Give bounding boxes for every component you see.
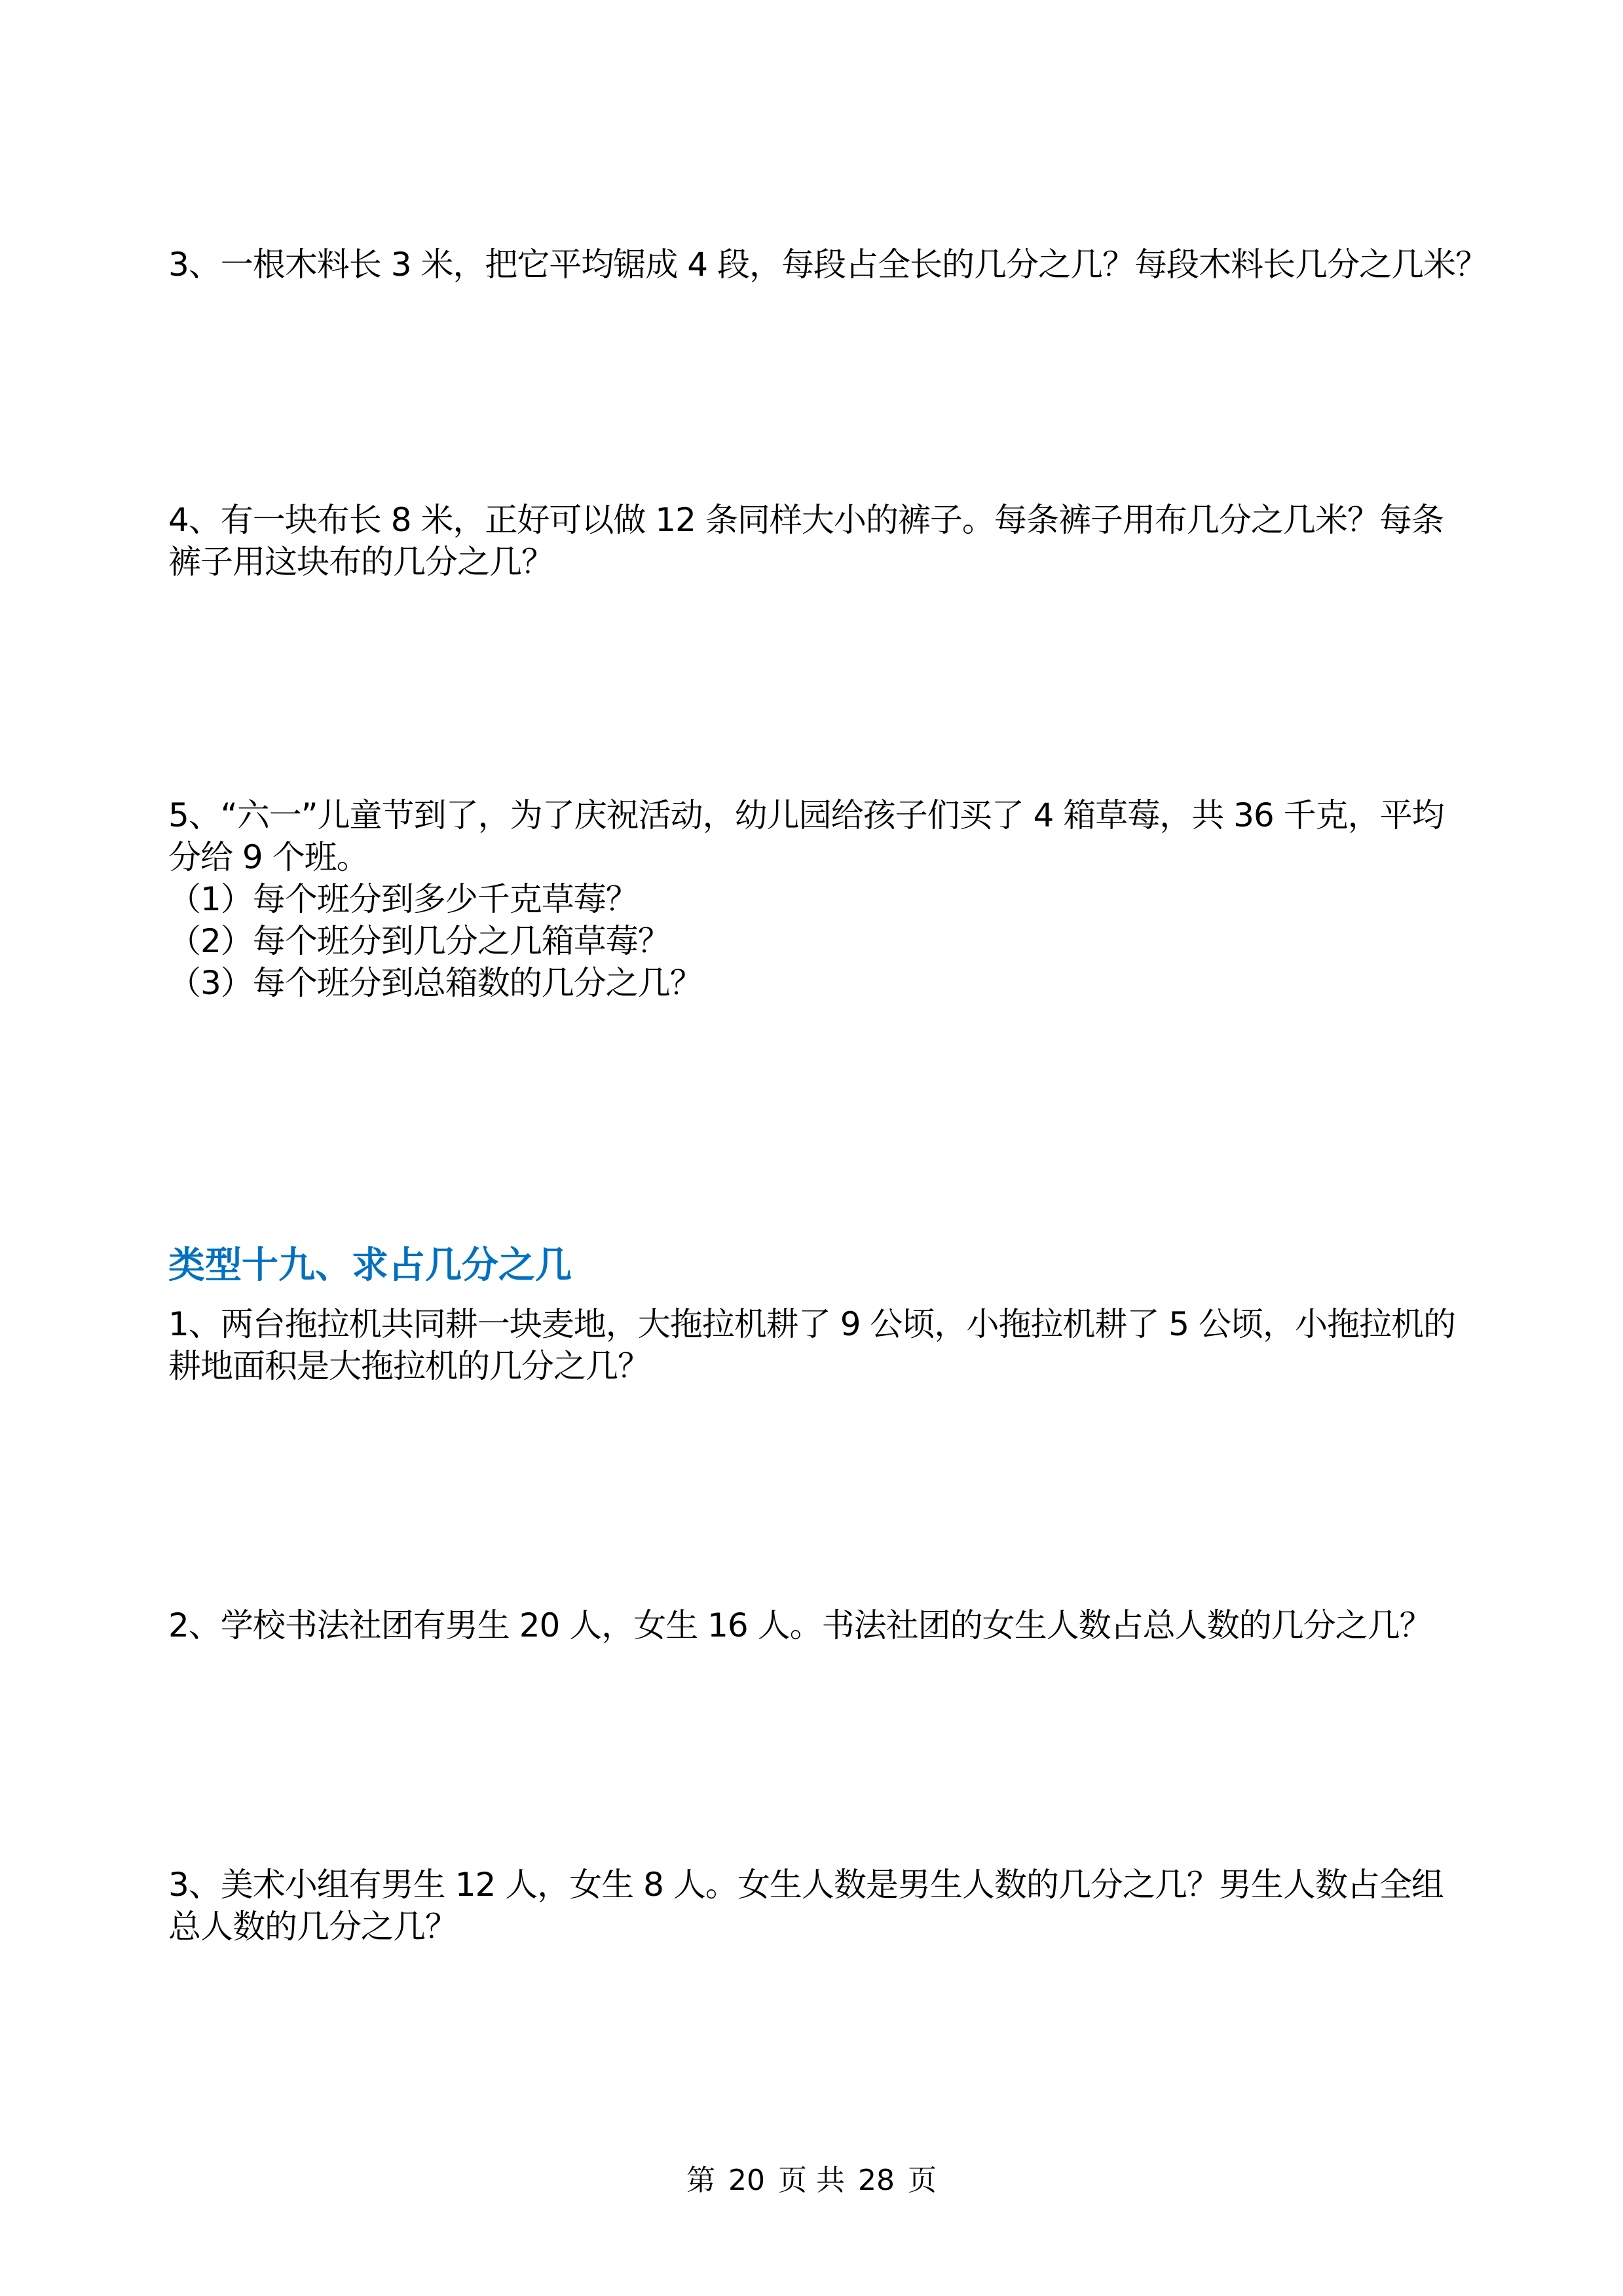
sub-question-3: （3）每个班分到总箱数的几分之几？: [168, 962, 1465, 1004]
total-pages-number: 28: [858, 2164, 895, 2197]
section-heading: 类型十九、求占几分之几: [168, 1240, 1465, 1292]
problem-text: 总人数的几分之几？: [168, 1906, 1465, 1948]
footer-prefix: 第: [686, 2164, 715, 2197]
problem-text: 1、两台拖拉机共同耕一块麦地，大拖拉机耕了 9 公顷，小拖拉机耕了 5 公顷，小…: [168, 1303, 1465, 1345]
problem-text: 裤子用这块布的几分之几？: [168, 541, 1465, 583]
problem-text: 耕地面积是大拖拉机的几分之几？: [168, 1345, 1465, 1387]
type19-problem-1-tractors: 1、两台拖拉机共同耕一块麦地，大拖拉机耕了 9 公顷，小拖拉机耕了 5 公顷，小…: [168, 1303, 1465, 1387]
problem-text: 5、“六一”儿童节到了，为了庆祝活动，幼儿园给孩子们买了 4 箱草莓，共 36 …: [168, 794, 1465, 836]
problem-text: 3、美术小组有男生 12 人，女生 8 人。女生人数是男生人数的几分之几？男生人…: [168, 1864, 1465, 1906]
problem-4-cloth: 4、有一块布长 8 米，正好可以做 12 条同样大小的裤子。每条裤子用布几分之几…: [168, 499, 1465, 583]
problem-text: 2、学校书法社团有男生 20 人，女生 16 人。书法社团的女生人数占总人数的几…: [168, 1604, 1465, 1646]
sub-question-1: （1）每个班分到多少千克草莓？: [168, 878, 1465, 920]
problem-3-wood: 3、一根木料长 3 米，把它平均锯成 4 段，每段占全长的几分之几？每段木料长几…: [168, 244, 1465, 286]
footer-suffix: 页: [908, 2164, 937, 2197]
problem-text: 3、一根木料长 3 米，把它平均锯成 4 段，每段占全长的几分之几？每段木料长几…: [168, 244, 1465, 286]
section-heading-type19: 类型十九、求占几分之几: [168, 1240, 1465, 1292]
current-page-number: 20: [728, 2164, 765, 2197]
footer-middle: 页 共: [778, 2164, 845, 2197]
type19-problem-2-calligraphy: 2、学校书法社团有男生 20 人，女生 16 人。书法社团的女生人数占总人数的几…: [168, 1604, 1465, 1646]
problem-5-strawberries: 5、“六一”儿童节到了，为了庆祝活动，幼儿园给孩子们买了 4 箱草莓，共 36 …: [168, 794, 1465, 1004]
sub-question-2: （2）每个班分到几分之几箱草莓？: [168, 920, 1465, 962]
problem-text: 分给 9 个班。: [168, 836, 1465, 878]
problem-text: 4、有一块布长 8 米，正好可以做 12 条同样大小的裤子。每条裤子用布几分之几…: [168, 499, 1465, 541]
page-footer: 第20页 共28页: [0, 2161, 1623, 2200]
type19-problem-3-art-group: 3、美术小组有男生 12 人，女生 8 人。女生人数是男生人数的几分之几？男生人…: [168, 1864, 1465, 1948]
